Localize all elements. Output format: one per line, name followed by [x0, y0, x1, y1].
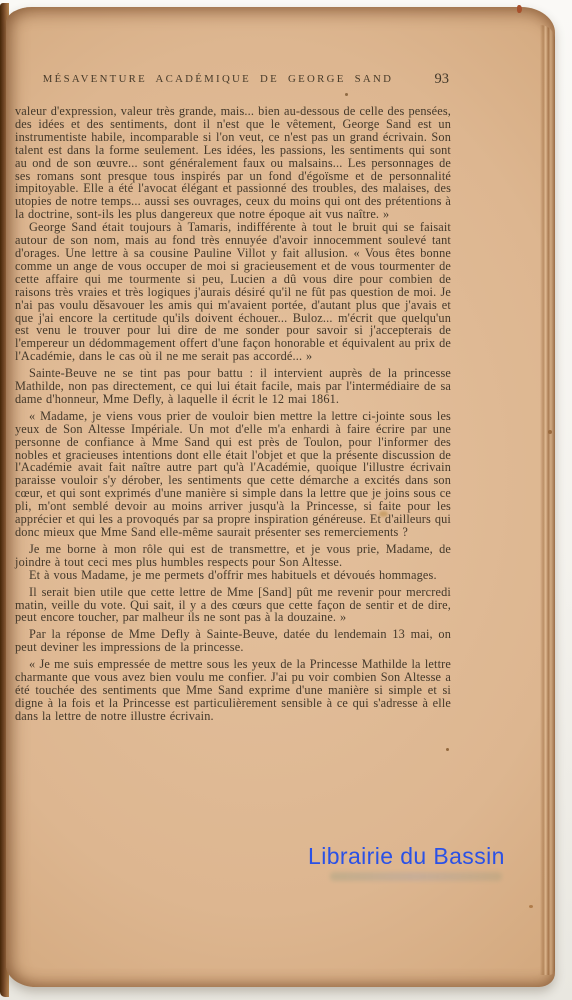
- printed-area: MÉSAVENTURE ACADÉMIQUE DE GEORGE SAND 93…: [15, 73, 451, 723]
- page-number: 93: [435, 71, 450, 88]
- watermark-smudge: [330, 872, 502, 881]
- book-page: MÉSAVENTURE ACADÉMIQUE DE GEORGE SAND 93…: [6, 7, 555, 987]
- paragraph: Je me borne à mon rôle qui est de transm…: [15, 543, 451, 569]
- paper-speck: [100, 300, 102, 302]
- paragraph: « Je me suis empressée de mettre sous le…: [15, 658, 451, 723]
- running-title: MÉSAVENTURE ACADÉMIQUE DE GEORGE SAND: [15, 73, 421, 85]
- paper-speck: [379, 511, 388, 517]
- page-body: valeur d'expression, valeur très grande,…: [15, 105, 451, 723]
- paper-speck: [529, 905, 533, 908]
- paragraph: « Madame, je viens vous prier de vouloir…: [15, 410, 451, 539]
- paragraph: George Sand était toujours à Tamaris, in…: [15, 221, 451, 363]
- paper-speck: [548, 430, 552, 434]
- paragraph: Par la réponse de Mme Defly à Sainte-Beu…: [15, 628, 451, 654]
- paper-speck: [446, 748, 449, 751]
- paper-speck: [345, 93, 348, 96]
- paragraph: Il serait bien utile que cette lettre de…: [15, 586, 451, 625]
- book-photo: MÉSAVENTURE ACADÉMIQUE DE GEORGE SAND 93…: [0, 0, 572, 1000]
- paper-speck: [517, 5, 522, 13]
- paragraph: valeur d'expression, valeur très grande,…: [15, 105, 451, 221]
- page-header: MÉSAVENTURE ACADÉMIQUE DE GEORGE SAND 93: [15, 73, 451, 95]
- fore-edge-page-lines: [540, 25, 555, 975]
- bookseller-watermark: Librairie du Bassin: [308, 843, 505, 870]
- paragraph: Et à vous Madame, je me permets d'offrir…: [15, 569, 451, 582]
- paragraph: Sainte-Beuve ne se tint pas pour battu :…: [15, 367, 451, 406]
